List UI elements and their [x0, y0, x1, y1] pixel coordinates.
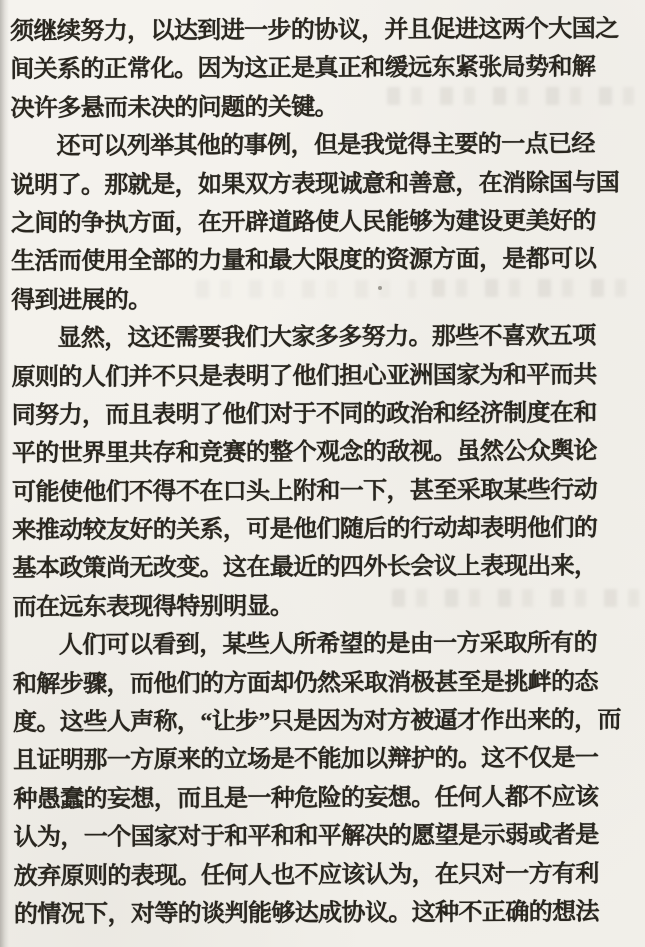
text-line: 基本政策尚无改变。这在最近的四外长会议上表现出来，	[12, 548, 642, 589]
text-line: 间关系的正常化。因为这正是真正和缓远东紧张局势和解	[10, 49, 640, 90]
body-text: 须继续努力，以达到进一步的协议，并且促进这两个大国之 间关系的正常化。因为这正是…	[10, 10, 644, 934]
text-line: 同努力，而且表明了他们对于不同的政治和经济制度在和	[12, 394, 642, 435]
text-line: 来推动较友好的关系，可是他们随后的行动却表明他们的	[12, 509, 642, 550]
scan-speck	[378, 286, 382, 290]
text-line: 可能使他们不得不在口头上附和一下，甚至采取某些行动	[12, 471, 642, 512]
text-line: 认为，一个国家对于和平和和平解决的愿望是示弱或者是	[14, 816, 644, 857]
ink-showthrough-smudge	[196, 280, 416, 298]
text-line: 人们可以看到，某些人所希望的是由一方采取所有的	[13, 624, 643, 665]
text-line: 的情况下，对等的谈判能够达成协议。这种不正确的想法	[14, 893, 644, 934]
page-binding-shadow	[0, 0, 9, 947]
scanned-page: 须继续努力，以达到进一步的协议，并且促进这两个大国之 间关系的正常化。因为这正是…	[0, 0, 645, 947]
text-line: 种愚蠢的妄想，而且是一种危险的妄想。任何人都不应该	[13, 778, 643, 819]
text-line: 之间的争执方面，在开辟道路使人民能够为建设更美好的	[11, 202, 641, 243]
text-line: 还可以列举其他的事例，但是我觉得主要的一点已经	[11, 125, 641, 166]
text-line: 说明了。那就是，如果双方表现诚意和善意，在消除国与国	[11, 164, 641, 205]
text-line: 平的世界里共存和竞赛的整个观念的敌视。虽然公众舆论	[12, 433, 642, 474]
text-line: 须继续努力，以达到进一步的协议，并且促进这两个大国之	[10, 10, 640, 51]
text-line: 和解步骤，而他们的方面却仍然采取消极甚至是挑衅的态	[13, 663, 643, 704]
ink-showthrough-smudge	[387, 87, 639, 105]
ink-showthrough-smudge	[392, 589, 640, 607]
text-line: 原则的人们并不只是表明了他们担心亚洲国家为和平而共	[12, 356, 642, 397]
text-line: 放弃原则的表现。任何人也不应该认为，在只对一方有利	[14, 855, 644, 896]
text-line: 生活而使用全部的力量和最大限度的资源方面，是都可以	[11, 241, 641, 282]
text-line: 显然，这还需要我们大家多多努力。那些不喜欢五项	[11, 317, 641, 358]
ink-showthrough-smudge	[432, 279, 640, 297]
text-line: 度。这些人声称，“让步”只是因为对方被逼才作出来的，而	[13, 701, 643, 742]
text-line: 且证明那一方原来的立场是不能加以辩护的。这不仅是一	[13, 740, 643, 781]
